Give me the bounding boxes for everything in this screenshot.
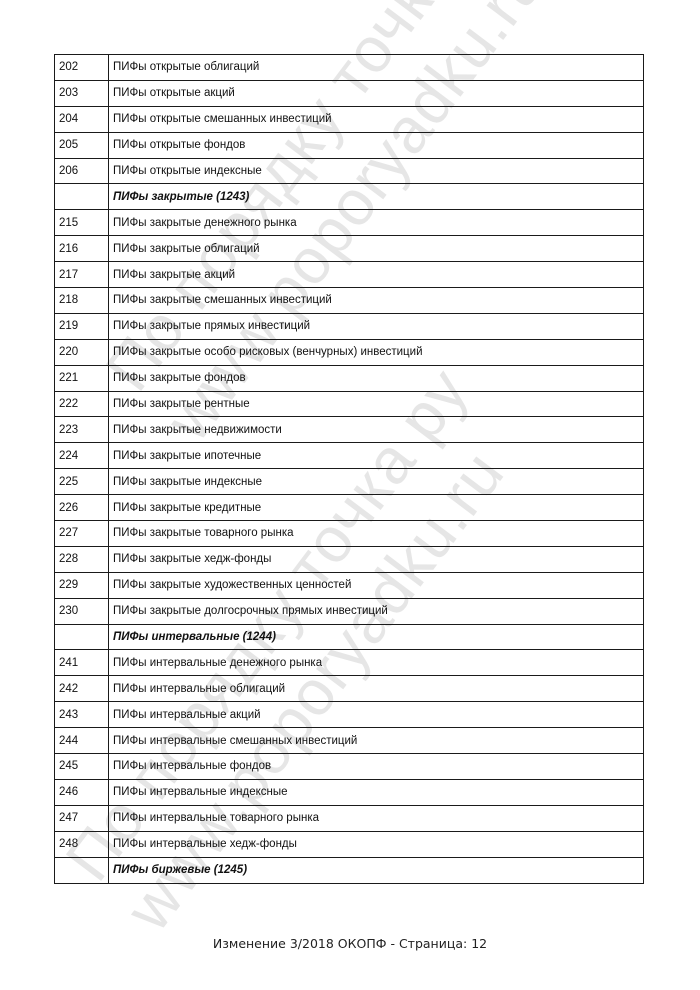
table-row: 220ПИФы закрытые особо рисковых (венчурн… [55, 339, 644, 365]
okopf-name-cell: ПИФы интервальные товарного рынка [109, 805, 644, 831]
okopf-name-cell: ПИФы открытые индексные [109, 158, 644, 184]
table-row: 226ПИФы закрытые кредитные [55, 495, 644, 521]
okopf-classification-table: 202ПИФы открытые облигаций203ПИФы открыт… [54, 54, 644, 884]
okopf-code-cell: 224 [55, 443, 109, 469]
okopf-name-cell: ПИФы открытые акций [109, 80, 644, 106]
table-row: 202ПИФы открытые облигаций [55, 55, 644, 81]
okopf-code-cell: 246 [55, 779, 109, 805]
okopf-code-cell: 216 [55, 236, 109, 262]
table-row: 205ПИФы открытые фондов [55, 132, 644, 158]
okopf-name-cell: ПИФы закрытые товарного рынка [109, 521, 644, 547]
okopf-code-cell: 227 [55, 521, 109, 547]
table-row: 219ПИФы закрытые прямых инвестиций [55, 313, 644, 339]
group-title-cell: ПИФы закрытые (1243) [109, 184, 644, 210]
table-row: 203ПИФы открытые акций [55, 80, 644, 106]
okopf-name-cell: ПИФы интервальные смешанных инвестиций [109, 728, 644, 754]
okopf-code-cell [55, 184, 109, 210]
okopf-code-cell: 204 [55, 106, 109, 132]
okopf-code-cell: 215 [55, 210, 109, 236]
table-group-header-row: ПИФы интервальные (1244) [55, 624, 644, 650]
table-row: 224ПИФы закрытые ипотечные [55, 443, 644, 469]
table-row: 241ПИФы интервальные денежного рынка [55, 650, 644, 676]
table-row: 222ПИФы закрытые рентные [55, 391, 644, 417]
okopf-code-cell: 205 [55, 132, 109, 158]
table-row: 218ПИФы закрытые смешанных инвестиций [55, 288, 644, 314]
table-row: 206ПИФы открытые индексные [55, 158, 644, 184]
okopf-code-cell: 220 [55, 339, 109, 365]
okopf-name-cell: ПИФы интервальные фондов [109, 754, 644, 780]
table-row: 223ПИФы закрытые недвижимости [55, 417, 644, 443]
okopf-code-cell [55, 857, 109, 883]
page-footer: Изменение 3/2018 ОКОПФ - Страница: 12 [0, 936, 700, 951]
okopf-code-cell: 218 [55, 288, 109, 314]
okopf-name-cell: ПИФы интервальные хедж-фонды [109, 831, 644, 857]
table-row: 216ПИФы закрытые облигаций [55, 236, 644, 262]
okopf-name-cell: ПИФы закрытые недвижимости [109, 417, 644, 443]
table-body: 202ПИФы открытые облигаций203ПИФы открыт… [55, 55, 644, 884]
okopf-name-cell: ПИФы закрытые денежного рынка [109, 210, 644, 236]
table-group-header-row: ПИФы закрытые (1243) [55, 184, 644, 210]
okopf-code-cell: 221 [55, 365, 109, 391]
okopf-name-cell: ПИФы открытые смешанных инвестиций [109, 106, 644, 132]
table-row: 247ПИФы интервальные товарного рынка [55, 805, 644, 831]
okopf-code-cell: 247 [55, 805, 109, 831]
okopf-name-cell: ПИФы закрытые кредитные [109, 495, 644, 521]
group-title-cell: ПИФы биржевые (1245) [109, 857, 644, 883]
okopf-code-cell: 225 [55, 469, 109, 495]
okopf-name-cell: ПИФы интервальные денежного рынка [109, 650, 644, 676]
okopf-name-cell: ПИФы закрытые фондов [109, 365, 644, 391]
okopf-code-cell: 244 [55, 728, 109, 754]
okopf-code-cell: 203 [55, 80, 109, 106]
table-row: 228ПИФы закрытые хедж-фонды [55, 546, 644, 572]
table-row: 221ПИФы закрытые фондов [55, 365, 644, 391]
okopf-name-cell: ПИФы закрытые долгосрочных прямых инвест… [109, 598, 644, 624]
okopf-name-cell: ПИФы закрытые прямых инвестиций [109, 313, 644, 339]
group-title-cell: ПИФы интервальные (1244) [109, 624, 644, 650]
okopf-name-cell: ПИФы интервальные облигаций [109, 676, 644, 702]
okopf-code-cell: 229 [55, 572, 109, 598]
okopf-code-cell [55, 624, 109, 650]
okopf-code-cell: 241 [55, 650, 109, 676]
okopf-name-cell: ПИФы закрытые акций [109, 262, 644, 288]
okopf-code-cell: 206 [55, 158, 109, 184]
table-row: 242ПИФы интервальные облигаций [55, 676, 644, 702]
okopf-name-cell: ПИФы закрытые облигаций [109, 236, 644, 262]
table-row: 243ПИФы интервальные акций [55, 702, 644, 728]
okopf-code-cell: 245 [55, 754, 109, 780]
table-row: 244ПИФы интервальные смешанных инвестици… [55, 728, 644, 754]
okopf-name-cell: ПИФы открытые облигаций [109, 55, 644, 81]
okopf-code-cell: 226 [55, 495, 109, 521]
table-row: 248ПИФы интервальные хедж-фонды [55, 831, 644, 857]
okopf-code-cell: 248 [55, 831, 109, 857]
okopf-name-cell: ПИФы закрытые ипотечные [109, 443, 644, 469]
okopf-code-cell: 230 [55, 598, 109, 624]
table-row: 230ПИФы закрытые долгосрочных прямых инв… [55, 598, 644, 624]
table-group-header-row: ПИФы биржевые (1245) [55, 857, 644, 883]
table-row: 227ПИФы закрытые товарного рынка [55, 521, 644, 547]
okopf-code-cell: 222 [55, 391, 109, 417]
okopf-code-cell: 243 [55, 702, 109, 728]
table-row: 215ПИФы закрытые денежного рынка [55, 210, 644, 236]
table-row: 217ПИФы закрытые акций [55, 262, 644, 288]
okopf-code-cell: 219 [55, 313, 109, 339]
okopf-name-cell: ПИФы открытые фондов [109, 132, 644, 158]
okopf-name-cell: ПИФы закрытые хедж-фонды [109, 546, 644, 572]
okopf-code-cell: 242 [55, 676, 109, 702]
table-row: 225ПИФы закрытые индексные [55, 469, 644, 495]
okopf-name-cell: ПИФы интервальные индексные [109, 779, 644, 805]
table-row: 245ПИФы интервальные фондов [55, 754, 644, 780]
okopf-code-cell: 217 [55, 262, 109, 288]
okopf-name-cell: ПИФы закрытые особо рисковых (венчурных)… [109, 339, 644, 365]
okopf-code-cell: 202 [55, 55, 109, 81]
okopf-code-cell: 223 [55, 417, 109, 443]
table-row: 246ПИФы интервальные индексные [55, 779, 644, 805]
okopf-name-cell: ПИФы закрытые художественных ценностей [109, 572, 644, 598]
okopf-code-cell: 228 [55, 546, 109, 572]
table-row: 204ПИФы открытые смешанных инвестиций [55, 106, 644, 132]
okopf-name-cell: ПИФы закрытые рентные [109, 391, 644, 417]
table-row: 229ПИФы закрытые художественных ценносте… [55, 572, 644, 598]
okopf-name-cell: ПИФы закрытые смешанных инвестиций [109, 288, 644, 314]
okopf-name-cell: ПИФы закрытые индексные [109, 469, 644, 495]
okopf-name-cell: ПИФы интервальные акций [109, 702, 644, 728]
